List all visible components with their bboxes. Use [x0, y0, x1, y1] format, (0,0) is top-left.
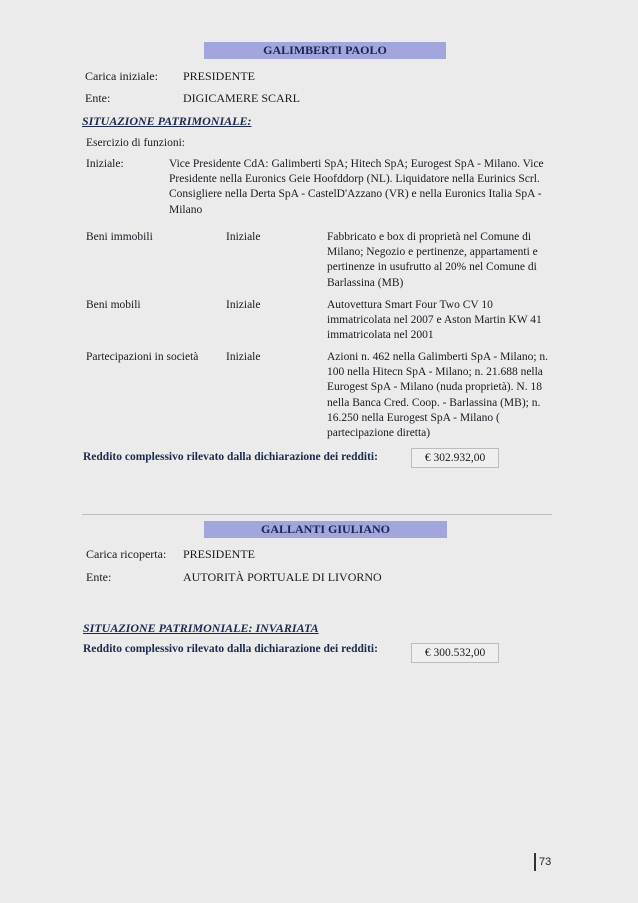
carica-value: PRESIDENTE: [183, 547, 255, 562]
person-name-header: GALIMBERTI PAOLO: [204, 42, 446, 59]
beni-category: Beni mobili: [86, 298, 141, 313]
beni-category: Beni immobili: [86, 230, 153, 245]
beni-category: Partecipazioni in società: [86, 350, 198, 365]
beni-status: Iniziale: [226, 298, 260, 313]
beni-description: Fabbricato e box di proprietà nel Comune…: [327, 230, 557, 291]
page-number-bar: [534, 853, 536, 871]
esercizio-label: Esercizio di funzioni:: [86, 136, 185, 151]
person-name-header: GALLANTI GIULIANO: [204, 521, 447, 538]
carica-label: Carica ricoperta:: [86, 547, 166, 562]
situazione-heading: SITUAZIONE PATRIMONIALE:: [82, 114, 251, 129]
ente-value: DIGICAMERE SCARL: [183, 91, 300, 106]
page-number: 73: [539, 856, 551, 868]
section-divider: [82, 514, 552, 515]
ente-label: Ente:: [85, 91, 110, 106]
beni-description: Azioni n. 462 nella Galimberti SpA - Mil…: [327, 350, 559, 441]
reddito-value: € 300.532,00: [411, 643, 499, 663]
reddito-value: € 302.932,00: [411, 448, 499, 468]
ente-value: AUTORITÀ PORTUALE DI LIVORNO: [183, 570, 382, 585]
beni-description: Autovettura Smart Four Two CV 10 immatri…: [327, 298, 557, 344]
situazione-heading: SITUAZIONE PATRIMONIALE: INVARIATA: [83, 621, 319, 636]
beni-status: Iniziale: [226, 350, 260, 365]
ente-label: Ente:: [86, 570, 111, 585]
carica-label: Carica iniziale:: [85, 69, 158, 84]
carica-value: PRESIDENTE: [183, 69, 255, 84]
beni-status: Iniziale: [226, 230, 260, 245]
iniziale-text: Vice Presidente CdA: Galimberti SpA; Hit…: [169, 157, 564, 218]
reddito-label: Reddito complessivo rilevato dalla dichi…: [83, 643, 378, 655]
iniziale-label: Iniziale:: [86, 157, 124, 172]
reddito-label: Reddito complessivo rilevato dalla dichi…: [83, 451, 378, 463]
